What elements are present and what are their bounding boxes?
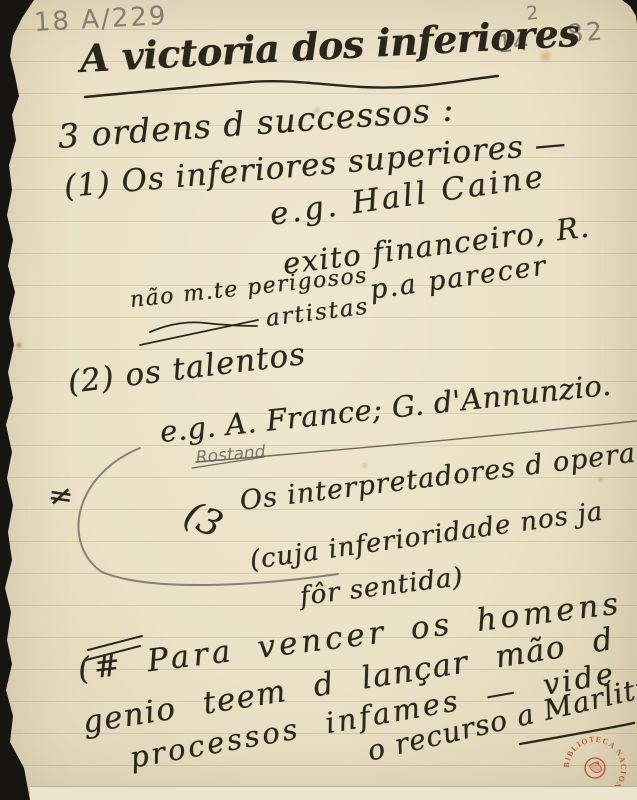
paper-stain: [597, 476, 604, 483]
ms-line-item3-paren1: (cuja inferioridade nos ja: [248, 499, 605, 574]
paper-stain: [15, 341, 23, 349]
paper-stain: [360, 462, 369, 469]
ms-line-item3-paren2: fôr sentida): [298, 564, 464, 610]
ms-line-item2-eg: e.g. A. France; G. d'Annunzio.: [158, 371, 612, 447]
manuscript-scan: 18 A/229 14 2 - 82 A victoria dos inferi…: [0, 0, 637, 800]
ms-note-rostand: Rostand: [195, 444, 266, 467]
manuscript-page: 18 A/229 14 2 - 82 A victoria dos inferi…: [0, 0, 637, 800]
ms-line-item3-num: (3: [179, 497, 227, 545]
ms-line-item1-artistas: artistas: [265, 295, 371, 330]
page-bottom-edge: [30, 786, 637, 800]
archive-reference: 18 A/229: [33, 3, 168, 36]
ms-line-item2: (2) os talentos: [66, 339, 307, 399]
ms-line-item3-mark: ≠: [46, 480, 75, 513]
crossed-out-scribble: [140, 320, 258, 345]
